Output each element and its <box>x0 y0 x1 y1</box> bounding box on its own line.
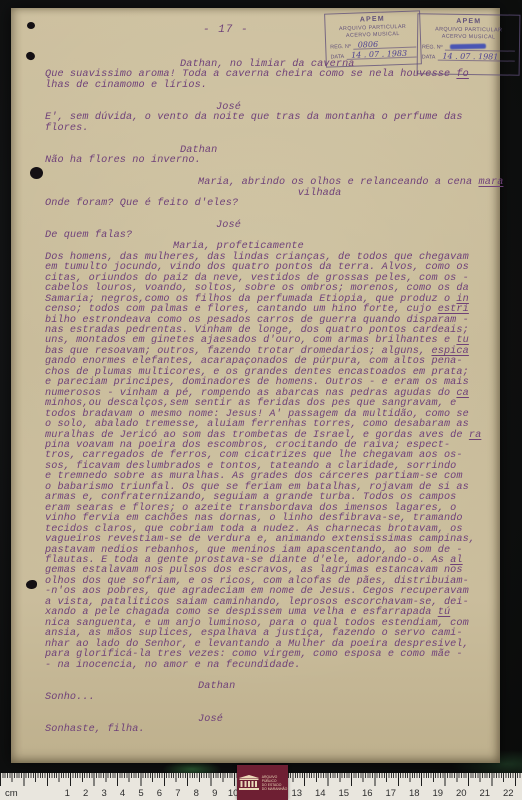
date-value-handwritten: 14 . 07 . 1983 <box>346 50 417 60</box>
punch-hole-mark <box>25 51 36 62</box>
typewritten-script: Dathan, no limiar da caverna Que suaviss… <box>45 60 507 747</box>
ruler-number: 21 <box>473 788 497 799</box>
ruler-number: 9 <box>206 788 224 799</box>
dialogue-block: José E', sem dúvida, o vento da noite qu… <box>45 103 507 134</box>
ruler-number: 22 <box>497 788 521 799</box>
document-page: - 17 - APEM ARQUIVO PARTICULAR ACERVO MU… <box>11 8 500 763</box>
reg-label: REG. Nº <box>330 44 351 51</box>
dialogue-block: José Sonhaste, filha. <box>45 715 507 736</box>
ruler-unit-label: cm <box>5 788 18 799</box>
dialogue-block: Dathan, no limiar da caverna Que suaviss… <box>45 60 507 91</box>
ruler-number: 5 <box>132 788 150 799</box>
stamp-org-name: APEM <box>422 17 515 25</box>
dialogue-text: Sonhaste, filha. <box>45 725 507 735</box>
stamp-subtitle: ACERVO MUSICAL <box>330 31 416 40</box>
dialogue-block: Dathan Não ha flores no inverno. <box>45 146 507 167</box>
stamp-subtitle: ARQUIVO PARTICULAR <box>422 26 515 33</box>
ruler-numbers-right: 13141516171819202122 <box>285 788 520 799</box>
stamp-reg-row: REG. Nº <box>422 42 515 51</box>
ruler-number: 6 <box>150 788 168 799</box>
scanned-document-view: - 17 - APEM ARQUIVO PARTICULAR ACERVO MU… <box>0 0 522 800</box>
ink-blot-mark <box>26 580 37 589</box>
ruler-number: 19 <box>426 788 450 799</box>
ruler-number: 14 <box>309 788 333 799</box>
dialogue-text: Sonho... <box>45 693 507 703</box>
ruler-number: 2 <box>76 788 94 799</box>
punch-hole-mark <box>27 22 35 29</box>
dialogue-text: Onde foram? Que é feito d'eles? <box>45 199 507 209</box>
punch-hole-mark <box>30 167 43 179</box>
reg-value-scribbled <box>444 42 515 51</box>
ruler-number: 15 <box>332 788 356 799</box>
logo-caption: ARQUIVO PÚBLICO DO ESTADO DO MARANHÃO <box>262 775 288 791</box>
ruler-number: 13 <box>285 788 309 799</box>
dialogue-text: Que suavissimo aroma! Toda a caverna che… <box>45 70 507 91</box>
ruler-number: 20 <box>450 788 474 799</box>
ruler-number: 1 <box>58 788 76 799</box>
dialogue-block: Maria, abrindo os olhos e relanceando a … <box>45 178 507 209</box>
speaker-heading: Dathan <box>45 682 507 692</box>
dialogue-block: Maria, profeticamente Dos homens, das mu… <box>45 242 507 671</box>
stamp-subtitle: ACERVO MUSICAL <box>422 34 515 41</box>
ruler-number: 17 <box>379 788 403 799</box>
ruler-number: 16 <box>356 788 380 799</box>
reg-value-handwritten: 0806 <box>353 39 417 49</box>
ruler-numbers-left: 12345678910 <box>58 788 242 799</box>
apem-logo: ARQUIVO PÚBLICO DO ESTADO DO MARANHÃO <box>237 765 288 800</box>
speaker-heading: Maria, abrindo os olhos e relanceando a … <box>45 178 507 199</box>
ruler-number: 3 <box>95 788 113 799</box>
ruler-number: 8 <box>187 788 205 799</box>
building-icon <box>238 775 260 790</box>
reg-label: REG. Nº <box>422 44 443 50</box>
dialogue-text: Dos homens, das mulheres, das lindas cri… <box>45 253 507 671</box>
ink-scribble-mark <box>449 43 485 49</box>
page-number: - 17 - <box>203 24 249 36</box>
ruler-number: 18 <box>403 788 427 799</box>
dialogue-block: Dathan Sonho... <box>45 682 507 703</box>
dialogue-text: Não ha flores no inverno. <box>45 156 507 166</box>
dialogue-text: E', sem dúvida, o vento da noite que tra… <box>45 113 507 134</box>
dialogue-block: José De quem falas? <box>45 221 507 242</box>
ruler-number: 7 <box>169 788 187 799</box>
ruler-number: 4 <box>113 788 131 799</box>
